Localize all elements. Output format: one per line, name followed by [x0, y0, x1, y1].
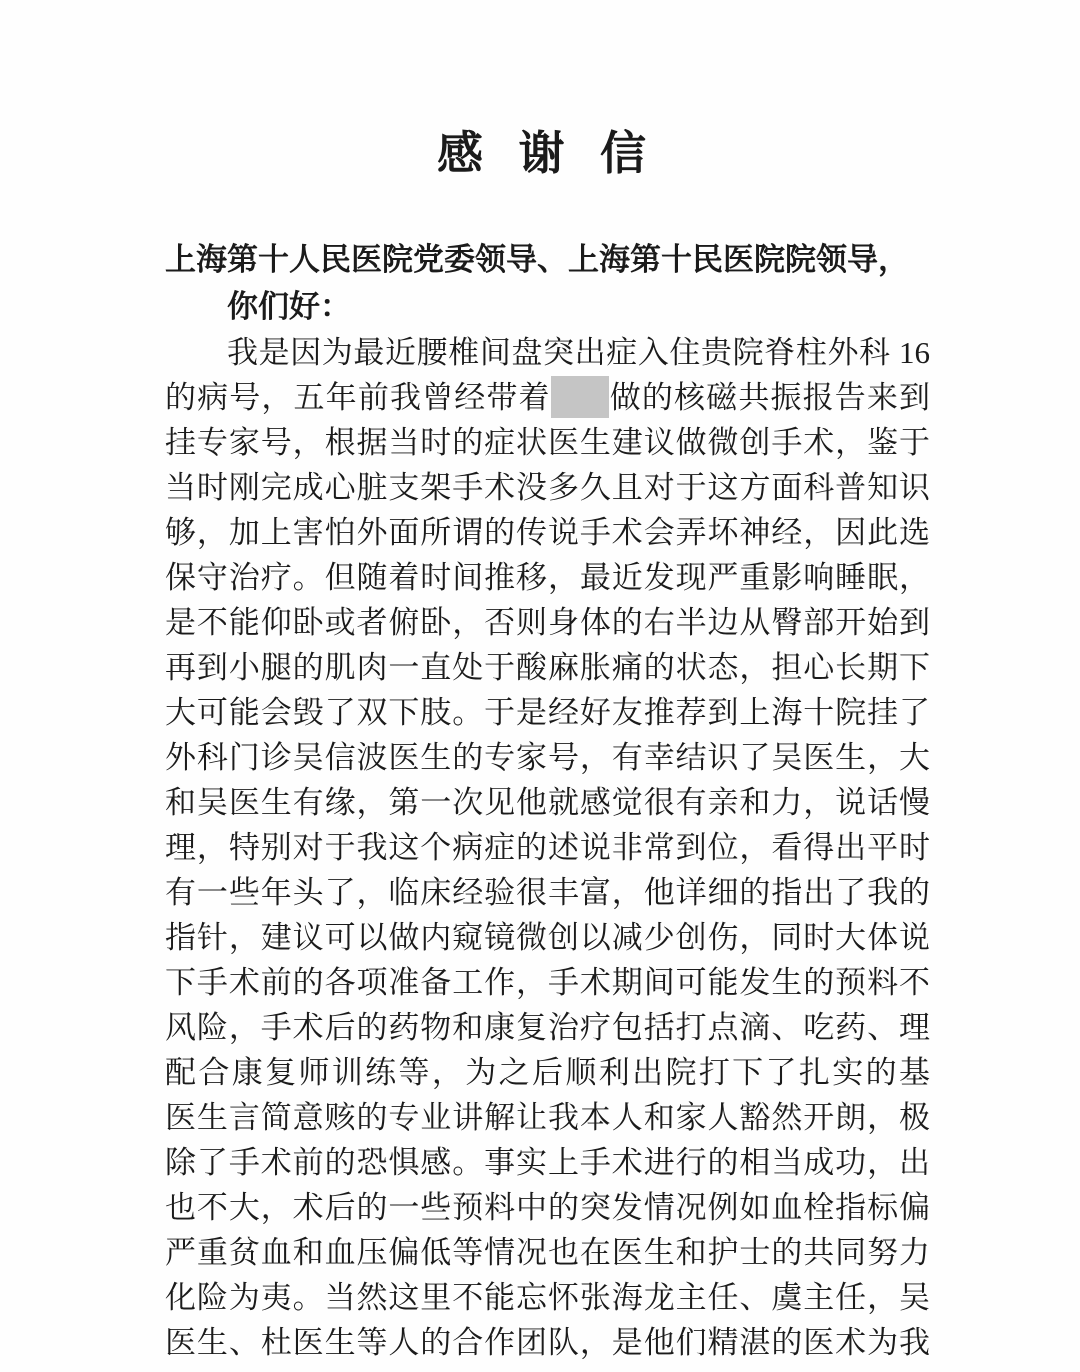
body-line: 理，特别对于我这个病症的述说非常到位，看得出平时操刀 [165, 825, 930, 870]
body-line: 配合康复师训练等，为之后顺利出院打下了扎实的基础。吴 [165, 1050, 930, 1095]
letter-greeting: 你们好： [165, 283, 930, 330]
body-line: 当时刚完成心脏支架手术没多久且对于这方面科普知识不 [165, 465, 930, 510]
body-line: 挂专家号，根据当时的症状医生建议做微创手术，鉴于本人 [165, 420, 930, 465]
body-line: 有一些年头了，临床经验很丰富，他详细的指出了我的手术 [165, 870, 930, 915]
body-line: 下手术前的各项准备工作，手术期间可能发生的预料不到的 [165, 960, 930, 1005]
letter-title: 感 谢 信 [165, 128, 930, 180]
body-line: 是不能仰卧或者俯卧，否则身体的右半边从臀部开始到大腿 [165, 600, 930, 645]
body-line: 我是因为最近腰椎间盘突出症入住贵院脊柱外科 16 楼 [165, 330, 930, 375]
body-line: 化险为夷。当然这里不能忘怀张海龙主任、虞主任，吴信波 [165, 1275, 930, 1320]
letter-content: 感 谢 信 上海第十人民医院党委领导、上海第十民医院院领导， 你们好： 我是因为… [165, 128, 930, 1365]
body-text-before-redaction: 的病号，五年前我曾经带着 [165, 380, 551, 415]
body-line: 医生、杜医生等人的合作团队，是他们精湛的医术为我重新 [165, 1320, 930, 1365]
letter-salutation: 上海第十人民医院党委领导、上海第十民医院院领导， [165, 236, 930, 283]
body-line: 保守治疗。但随着时间推移，最近发现严重影响睡眠，特别 [165, 555, 930, 600]
body-line: 大可能会毁了双下肢。于是经好友推荐到上海十院挂了脊柱 [165, 690, 930, 735]
body-line: 严重贫血和血压偏低等情况也在医生和护士的共同努力下 [165, 1230, 930, 1275]
body-line: 再到小腿的肌肉一直处于酸麻胀痛的状态，担心长期下去极 [165, 645, 930, 690]
body-line: 和吴医生有缘，第一次见他就感觉很有亲和力，说话慢条斯 [165, 780, 930, 825]
body-line: 外科门诊吴信波医生的专家号，有幸结识了吴医生，大概是 [165, 735, 930, 780]
body-line: 也不大，术后的一些预料中的突发情况例如血栓指标偏高、 [165, 1185, 930, 1230]
letter-body: 我是因为最近腰椎间盘突出症入住贵院脊柱外科 16 楼的病号，五年前我曾经带着做的… [165, 330, 930, 1365]
body-line: 医生言简意赅的专业讲解让我本人和家人豁然开朗，极大消 [165, 1095, 930, 1140]
body-line: 风险，手术后的药物和康复治疗包括打点滴、吃药、理疗、 [165, 1005, 930, 1050]
body-line: 除了手术前的恐惧感。事实上手术进行的相当成功，出血量 [165, 1140, 930, 1185]
body-line: 的病号，五年前我曾经带着做的核磁共振报告来到贵院 [165, 375, 930, 420]
letter-page: 感 谢 信 上海第十人民医院党委领导、上海第十民医院院领导， 你们好： 我是因为… [0, 0, 1080, 1372]
body-line: 够，加上害怕外面所谓的传说手术会弄坏神经，因此选择了 [165, 510, 930, 555]
body-line: 指针，建议可以做内窥镜微创以减少创伤，同时大体说了一 [165, 915, 930, 960]
redaction-box [551, 376, 609, 418]
